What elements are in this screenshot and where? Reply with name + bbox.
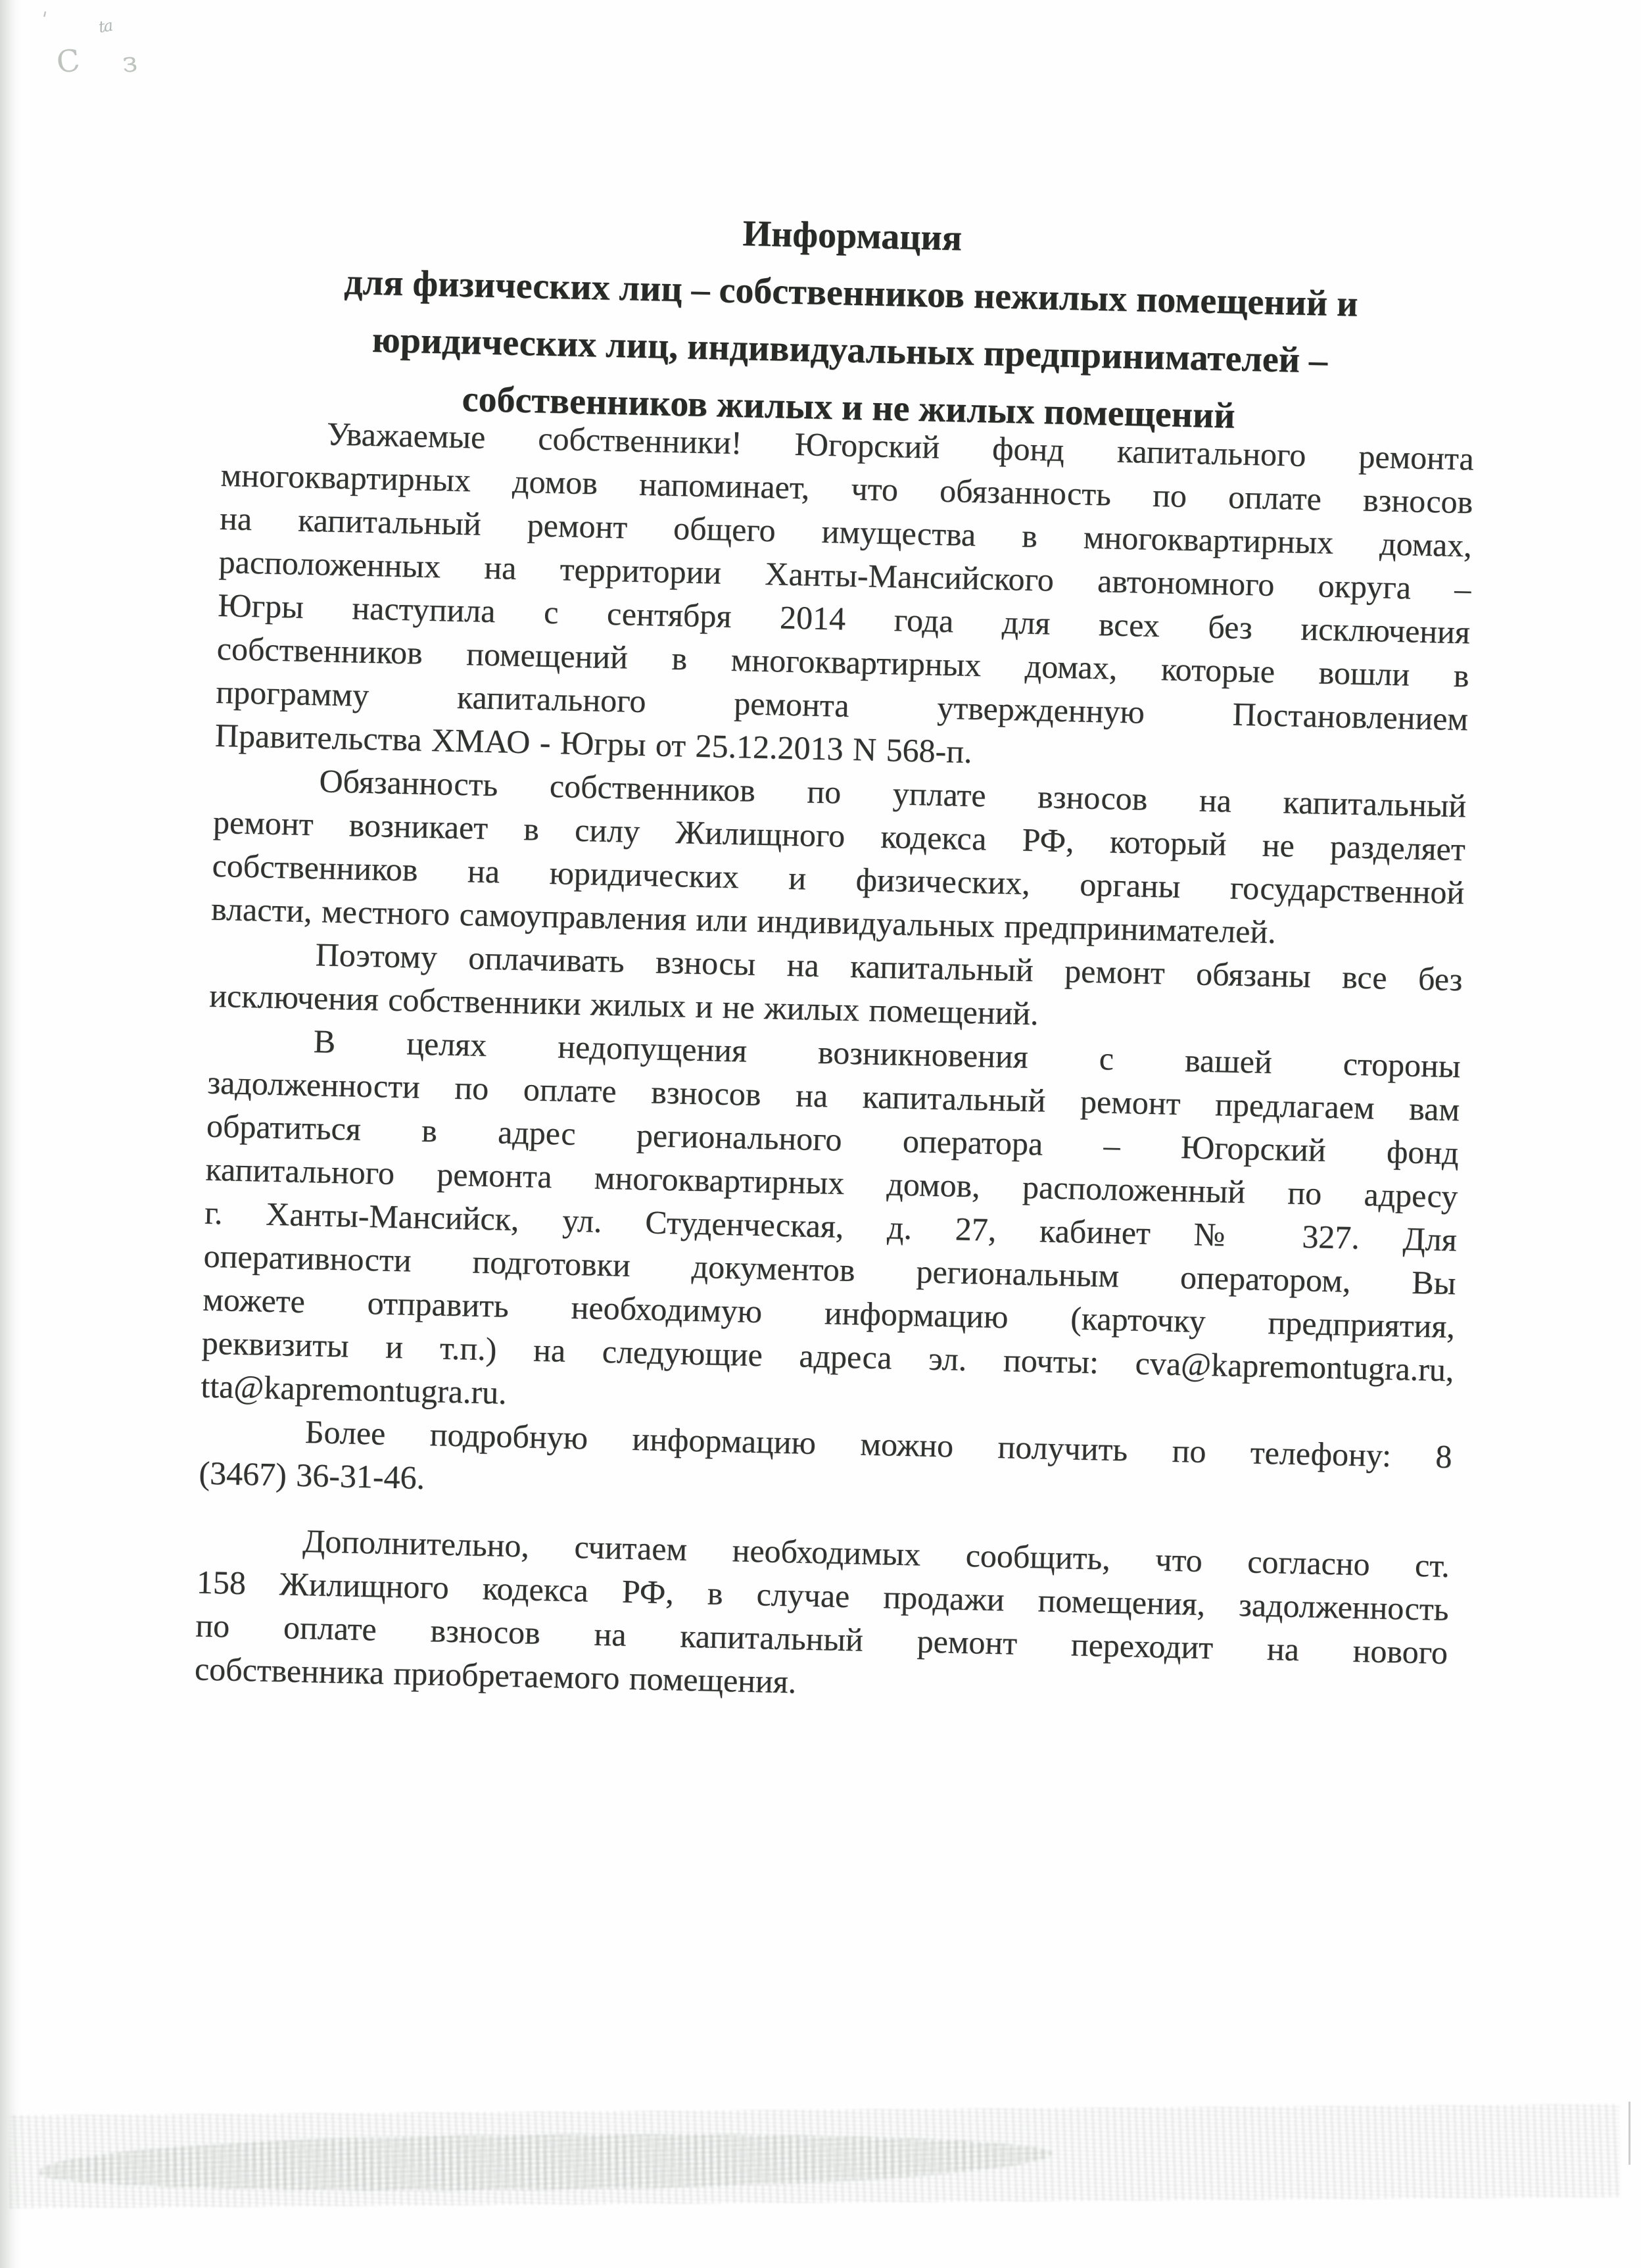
pencil-mark-scribble: ta [97, 16, 113, 37]
pencil-mark-tick: ' [38, 8, 49, 32]
paragraph: Уважаемые собственники! Югорский фонд ка… [214, 410, 1474, 784]
document-body: Уважаемые собственники! Югорский фонд ка… [194, 410, 1474, 1718]
scan-right-edge-mark [1629, 2102, 1630, 2165]
paragraph: В целях недопущения возникновения с ваше… [201, 1017, 1462, 1435]
paragraph: Обязанность собственников по уплате взно… [211, 757, 1467, 957]
scanner-edge-strip [0, 0, 22, 2268]
scanned-document-page: ' ta С з Информациядля физических лиц – … [0, 0, 1641, 2268]
document-title: Информациядля физических лиц – собственн… [222, 194, 1479, 450]
paragraph: Дополнительно, считаем необходимых сообщ… [194, 1517, 1450, 1718]
pencil-mark-3: з [121, 45, 138, 78]
document-text-block: Информациядля физических лиц – собственн… [194, 194, 1479, 1718]
pencil-mark-c: С [55, 42, 82, 80]
